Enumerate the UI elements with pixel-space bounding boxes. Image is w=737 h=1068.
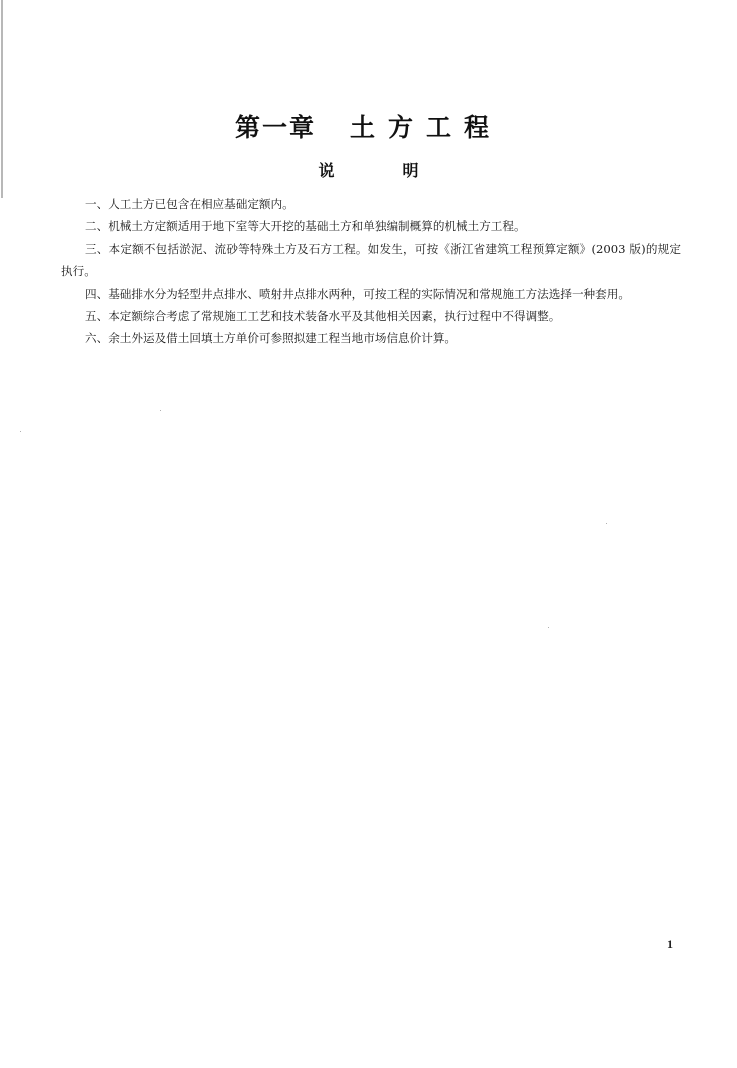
scan-speck: [20, 431, 21, 432]
paragraph-6: 六、余土外运及借土回填土方单价可参照拟建工程当地市场信息价计算。: [61, 327, 681, 349]
chapter-name: 土方工程: [350, 113, 502, 142]
paragraph-2: 二、机械土方定额适用于地下室等大开挖的基础土方和单独编制概算的机械土方工程。: [61, 215, 681, 237]
paragraph-1: 一、人工土方已包含在相应基础定额内。: [61, 193, 681, 215]
section-title-left: 说: [318, 158, 334, 181]
scan-speck: [160, 410, 161, 411]
section-title-right: 明: [403, 158, 419, 181]
section-title: 说明: [0, 158, 737, 181]
chapter-title: 第一章土方工程: [0, 108, 737, 144]
page-number: 1: [667, 937, 673, 952]
explanation-body: 一、人工土方已包含在相应基础定额内。 二、机械土方定额适用于地下室等大开挖的基础…: [61, 193, 681, 350]
paragraph-4: 四、基础排水分为轻型井点排水、喷射井点排水两种，可按工程的实际情况和常规施工方法…: [61, 283, 681, 305]
paragraph-5: 五、本定额综合考虑了常规施工工艺和技术装备水平及其他相关因素，执行过程中不得调整…: [61, 305, 681, 327]
paragraph-3: 三、本定额不包括淤泥、流砂等特殊土方及石方工程。如发生，可按《浙江省建筑工程预算…: [61, 238, 681, 283]
scan-speck: [548, 627, 549, 628]
chapter-number: 第一章: [235, 113, 316, 142]
scan-speck: [606, 523, 607, 524]
